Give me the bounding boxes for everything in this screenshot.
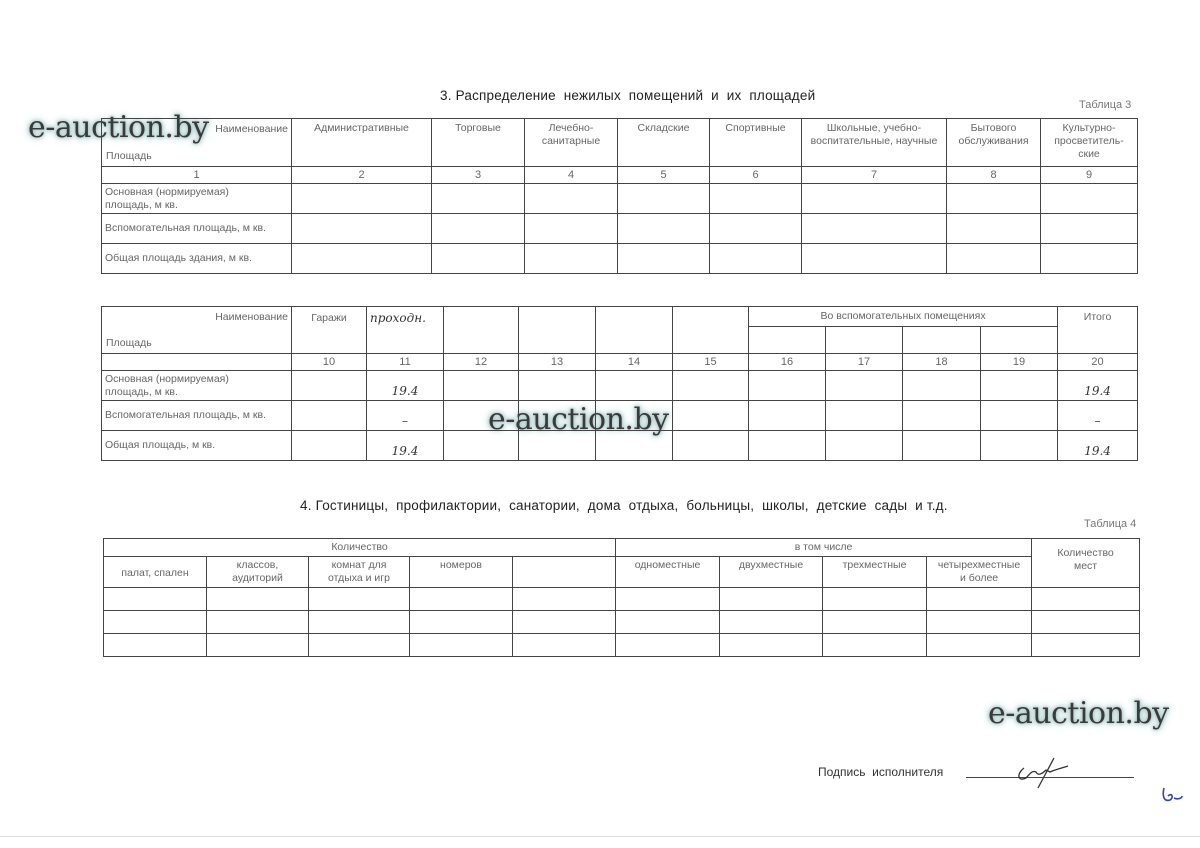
table-cell	[673, 371, 749, 401]
table-cell	[292, 214, 432, 244]
corner-bottom: Площадь	[106, 150, 152, 163]
column-header: комнат для отдыха и игр	[309, 557, 410, 588]
corner-top: Наименование	[105, 311, 288, 324]
table-cell	[903, 431, 981, 461]
table3a: Наименование Площадь АдминистративныеТор…	[101, 118, 1138, 274]
table-cell	[1032, 588, 1140, 611]
column-header: Административные	[292, 119, 432, 167]
table-cell	[525, 184, 618, 214]
table-cell	[519, 401, 596, 431]
column-number: 5	[618, 167, 710, 184]
column-number: 15	[673, 354, 749, 371]
table-cell	[444, 371, 519, 401]
corner-header: Наименование Площадь	[102, 307, 292, 354]
table-cell	[903, 401, 981, 431]
table-cell: 19.4	[1058, 431, 1138, 461]
table-row: Общая площадь здания, м кв.	[102, 244, 1138, 274]
table-cell	[673, 431, 749, 461]
table-cell	[292, 401, 367, 431]
table-cell	[525, 214, 618, 244]
table3b: Наименование Площадь Гаражипроходн.Во вс…	[101, 306, 1138, 461]
row-label: Основная (нормируемая) площадь, м кв.	[102, 371, 292, 401]
table-cell	[1032, 611, 1140, 634]
column-header: проходн.	[367, 307, 444, 354]
column-number: 6	[710, 167, 802, 184]
section3-title: 3. Распределение нежилых помещений и их …	[440, 88, 815, 103]
table-row: Общая площадь, м кв.19.419.4	[102, 431, 1138, 461]
column-number: 10	[292, 354, 367, 371]
column-header	[673, 307, 749, 354]
table-cell	[927, 611, 1032, 634]
signature-scribble-icon	[1010, 748, 1090, 794]
table-cell	[710, 214, 802, 244]
corner-top: Наименование	[105, 123, 288, 136]
table-cell	[673, 401, 749, 431]
table-cell	[104, 634, 207, 657]
total-header: Итого	[1058, 307, 1138, 354]
column-number: 7	[802, 167, 947, 184]
table-cell	[823, 588, 927, 611]
table-cell	[927, 634, 1032, 657]
table-cell	[618, 214, 710, 244]
table-cell	[823, 634, 927, 657]
table-cell	[207, 588, 309, 611]
signature-label: Подпись исполнителя	[818, 765, 943, 779]
table-cell	[207, 611, 309, 634]
aux-column-header	[903, 327, 981, 354]
table-cell	[292, 244, 432, 274]
table-cell	[513, 588, 616, 611]
column-header: двухместные	[720, 557, 823, 588]
column-number: 19	[981, 354, 1058, 371]
table-cell: 19.4	[1058, 371, 1138, 401]
table-cell	[616, 588, 720, 611]
table-cell	[596, 371, 673, 401]
table-cell	[513, 634, 616, 657]
table-cell	[207, 634, 309, 657]
table-cell	[444, 431, 519, 461]
table-cell	[947, 244, 1041, 274]
table-cell	[826, 401, 903, 431]
table-cell	[710, 244, 802, 274]
table-cell: 19.4	[367, 431, 444, 461]
table-cell	[432, 244, 525, 274]
table-cell	[826, 371, 903, 401]
table-cell	[309, 611, 410, 634]
table-row	[104, 588, 1140, 611]
column-header: Школьные, учебно- воспитательные, научны…	[802, 119, 947, 167]
column-number	[102, 354, 292, 371]
row-label: Общая площадь, м кв.	[102, 431, 292, 461]
column-number: 9	[1041, 167, 1138, 184]
table4-label: Таблица 4	[1084, 518, 1136, 530]
column-header: Складские	[618, 119, 710, 167]
table-cell	[292, 184, 432, 214]
column-header: трехместные	[823, 557, 927, 588]
table-cell	[802, 214, 947, 244]
table-cell	[519, 371, 596, 401]
column-header: четырехместные и более	[927, 557, 1032, 588]
table-cell	[981, 401, 1058, 431]
table4: Количествов том числеКоличество мест пал…	[103, 538, 1140, 657]
column-header: Гаражи	[292, 307, 367, 354]
column-number: 18	[903, 354, 981, 371]
quantity-group-header: Количество	[104, 539, 616, 557]
column-header: номеров	[410, 557, 513, 588]
corner-header: Наименование Площадь	[102, 119, 292, 167]
table-cell	[519, 431, 596, 461]
table-cell	[749, 431, 826, 461]
column-number: 1	[102, 167, 292, 184]
row-label: Вспомогательная площадь, м кв.	[102, 401, 292, 431]
table-cell	[947, 214, 1041, 244]
table-cell	[292, 371, 367, 401]
table-cell	[720, 634, 823, 657]
table-cell	[618, 244, 710, 274]
column-header: классов, аудиторий	[207, 557, 309, 588]
table-cell	[292, 431, 367, 461]
aux-column-header	[749, 327, 826, 354]
table-cell	[432, 214, 525, 244]
table-cell	[444, 401, 519, 431]
table-cell	[802, 244, 947, 274]
column-header	[519, 307, 596, 354]
table-cell	[616, 634, 720, 657]
table-cell	[749, 401, 826, 431]
table-cell	[823, 611, 927, 634]
table-cell	[432, 184, 525, 214]
column-number: 4	[525, 167, 618, 184]
page-mark-icon	[1160, 784, 1186, 806]
table-cell	[1032, 634, 1140, 657]
table-cell	[596, 401, 673, 431]
table-cell	[104, 611, 207, 634]
column-header: Спортивные	[710, 119, 802, 167]
column-header	[513, 557, 616, 588]
table-cell: –	[367, 401, 444, 431]
table-cell	[513, 611, 616, 634]
column-header: Торговые	[432, 119, 525, 167]
places-header: Количество мест	[1032, 539, 1140, 588]
column-header: Лечебно- санитарные	[525, 119, 618, 167]
section4-title: 4. Гостиницы, профилактории, санатории, …	[300, 498, 948, 513]
table-cell	[309, 588, 410, 611]
corner-bottom: Площадь	[106, 337, 152, 350]
column-number: 16	[749, 354, 826, 371]
table-cell	[947, 184, 1041, 214]
table-cell	[1041, 214, 1138, 244]
table-row: Вспомогательная площадь, м кв.––	[102, 401, 1138, 431]
table-cell	[309, 634, 410, 657]
table-cell	[596, 431, 673, 461]
table-cell	[616, 611, 720, 634]
column-number: 3	[432, 167, 525, 184]
column-number: 14	[596, 354, 673, 371]
including-group-header: в том числе	[616, 539, 1032, 557]
column-number: 17	[826, 354, 903, 371]
column-number: 11	[367, 354, 444, 371]
table3-label: Таблица 3	[1079, 99, 1131, 111]
table-cell	[525, 244, 618, 274]
table-cell	[1041, 184, 1138, 214]
column-header	[444, 307, 519, 354]
column-header	[596, 307, 673, 354]
row-label: Вспомогательная площадь, м кв.	[102, 214, 292, 244]
table-cell	[720, 611, 823, 634]
column-number: 2	[292, 167, 432, 184]
row-label: Общая площадь здания, м кв.	[102, 244, 292, 274]
column-header: Культурно- просветитель- ские	[1041, 119, 1138, 167]
aux-column-header	[981, 327, 1058, 354]
table-cell: 19.4	[367, 371, 444, 401]
table-row: Основная (нормируемая) площадь, м кв.19.…	[102, 371, 1138, 401]
table-cell	[802, 184, 947, 214]
table-cell	[410, 634, 513, 657]
table-cell	[710, 184, 802, 214]
table-cell	[981, 371, 1058, 401]
table-cell	[1041, 244, 1138, 274]
table-cell	[903, 371, 981, 401]
table-cell	[826, 431, 903, 461]
table-cell	[410, 611, 513, 634]
column-number: 12	[444, 354, 519, 371]
table-cell: –	[1058, 401, 1138, 431]
column-number: 13	[519, 354, 596, 371]
aux-column-header	[826, 327, 903, 354]
watermark: e-auction.by	[988, 696, 1169, 731]
row-label: Основная (нормируемая) площадь, м кв.	[102, 184, 292, 214]
column-number: 20	[1058, 354, 1138, 371]
table-cell	[981, 431, 1058, 461]
table-row	[104, 634, 1140, 657]
table-cell	[104, 588, 207, 611]
table-cell	[410, 588, 513, 611]
table-cell	[749, 371, 826, 401]
column-number: 8	[947, 167, 1041, 184]
bottom-rule	[0, 836, 1200, 837]
table-row	[104, 611, 1140, 634]
column-header: Бытового обслуживания	[947, 119, 1041, 167]
table-cell	[927, 588, 1032, 611]
table-cell	[720, 588, 823, 611]
table-cell	[618, 184, 710, 214]
aux-group-header: Во вспомогательных помещениях	[749, 307, 1058, 327]
column-header: одноместные	[616, 557, 720, 588]
table-row: Вспомогательная площадь, м кв.	[102, 214, 1138, 244]
column-header: палат, спален	[104, 557, 207, 588]
table-row: Основная (нормируемая) площадь, м кв.	[102, 184, 1138, 214]
